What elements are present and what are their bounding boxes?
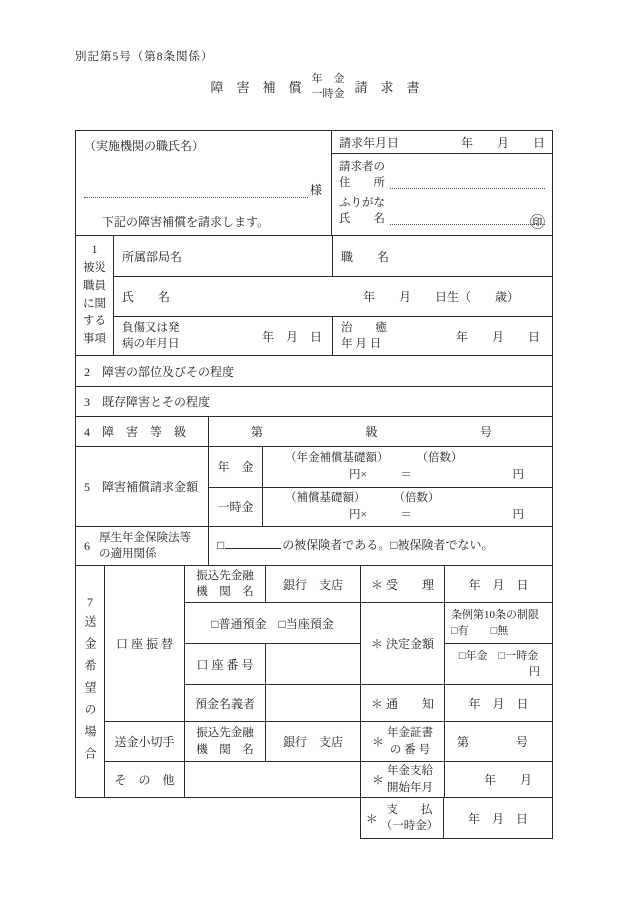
injury-date-value: 年 月 日 (262, 328, 322, 345)
bank-branch-value-1: 銀行 支店 (283, 576, 343, 593)
birth-date-value: 年 月 日生（ 歳） (363, 288, 519, 305)
section6-label-cell: 6 厚生年金保険法等の適用関係 (76, 527, 208, 565)
account-number-cell: 口 座 番 号 (184, 643, 265, 684)
healing-label-line2: 年 月 日 (341, 338, 381, 350)
healing-date-value: 年 月 日 (456, 328, 540, 345)
deposit-type-options: □普通預金 □当座預金 (211, 615, 334, 632)
pension-amount-row: 年 金 （年金補償基礎額） （倍数） 円× ＝ 円 (209, 447, 552, 487)
ordinance-limit-label: 条例第10条の制限 (451, 607, 539, 624)
section5-band: 5 障害補償請求金額 年 金 （年金補償基礎額） （倍数） 円× ＝ 円 (76, 446, 552, 526)
account-number-label: 口 座 番 号 (196, 656, 253, 673)
insured-text: の被保険者である。 (282, 538, 390, 552)
payment-lumpsum-label: 支 払（一時金） (381, 802, 439, 834)
name-birth-row: 氏 名 年 月 日生（ 歳） (114, 276, 552, 316)
section3-band: 3 既存障害とその程度 (76, 386, 552, 416)
bank-branch-value-2: 銀行 支店 (283, 733, 343, 750)
section1-label-l4: する (83, 313, 106, 331)
section6-label: 厚生年金保険法等の適用関係 (99, 530, 191, 562)
form-title-stack: 年 金 一時金 (312, 72, 345, 102)
recipient-line: 様 (84, 181, 322, 198)
lumpsum-amount-cell: （補償基礎額） （倍数） 円× ＝ 円 (262, 488, 552, 527)
payment-lumpsum-date-cell: 年 月 日 (444, 798, 552, 838)
section6-label-line1: 厚生年金保険法等 (99, 532, 191, 544)
recipient-dotted-line (84, 184, 308, 198)
account-holder-cell: 預金名義者 (184, 684, 265, 721)
bank-name-label-2: 振込先金融機 関 名 (196, 725, 254, 757)
notice-cell: ＊通 知 (360, 684, 444, 721)
lumpsum-base-label: （補償基礎額） (285, 490, 366, 507)
bank-label2-line2: 機 関 名 (196, 744, 254, 756)
job-title-label: 職 名 (341, 248, 389, 265)
payment-lumpsum-line1: 支 払 (387, 804, 433, 816)
notice-date-cell: 年 月 日 (444, 684, 552, 721)
not-insured-checkbox-text: □被保険者でない。 (390, 538, 493, 552)
pension-type-label: 年 金 (217, 458, 253, 475)
claim-date-row: 請求年月日 年 月 日 (332, 131, 552, 154)
amount-type-cell: □年金 □一時金円 (444, 643, 552, 684)
section5-label: 5 障害補償請求金額 (84, 478, 198, 495)
dept-name-cell: 所属部局名 (114, 236, 332, 276)
section3-label: 3 既存障害とその程度 (84, 393, 210, 410)
injury-label-line1: 負傷又は発 (122, 322, 180, 334)
section1-label-l1: 被災 (83, 260, 106, 278)
grade-kyu: 級 (365, 423, 377, 440)
pension-cert-line2: の 番 号 (390, 744, 430, 756)
pension-amount-labels: （年金補償基礎額） （倍数） (263, 450, 552, 467)
pension-base-label: （年金補償基礎額） (285, 450, 389, 467)
bank-name-cell-2: 振込先金融機 関 名 (184, 721, 265, 761)
pension-amount-cell: （年金補償基礎額） （倍数） 円× ＝ 円 (262, 447, 552, 487)
dept-name-label: 所属部局名 (122, 248, 182, 265)
healing-date-label: 治 癒年 月 日 (341, 320, 387, 352)
lumpsum-multiplier-label: （倍数） (394, 490, 440, 507)
section4-label-cell: 4 障 害 等 級 (76, 417, 208, 446)
payment-lumpsum-cell: ＊ 支 払（一時金） (361, 798, 444, 838)
payment-start-date-cell: 年 月 (444, 761, 552, 797)
section2-label: 2 障害の部位及びその程度 (84, 363, 234, 380)
notice-asterisk: ＊ (371, 695, 383, 712)
other-value-cell (184, 761, 360, 797)
insured-blank-line (225, 537, 281, 549)
injury-date-cell: 負傷又は発病の年月日 年 月 日 (114, 317, 332, 355)
remittance-check-label: 送金小切手 (114, 733, 174, 750)
pension-multiplier-label: （倍数） (417, 450, 463, 467)
decided-amount-label: 決定金額 (386, 635, 434, 652)
healing-date-cell: 治 癒年 月 日 年 月 日 (332, 317, 552, 355)
pension-cert-line1: 年金証書 (387, 727, 433, 739)
receipt-label: 受 理 (386, 576, 434, 593)
claim-date-value: 年 月 日 (461, 134, 545, 151)
seal-stamp: ㊞ (530, 211, 545, 232)
notice-label: 通 知 (386, 695, 434, 712)
section1-label-l2: 職員 (83, 278, 106, 296)
claimant-address-field: 請求者の住 所 (339, 159, 545, 191)
form-table: （実施機関の職氏名） 様 下記の障害補償を請求します。 請求年月日 年 月 日 … (75, 130, 553, 798)
section6-number: 6 (84, 539, 90, 554)
section6-label-line2: の適用関係 (99, 548, 157, 560)
section1-vertical-label: 1 被災 職員 に関 する 事項 (76, 236, 113, 355)
lumpsum-amount-row: 一時金 （補償基礎額） （倍数） 円× ＝ 円 (209, 487, 552, 527)
section5-label-cell: 5 障害補償請求金額 (76, 447, 208, 526)
bank-label1-line2: 機 関 名 (196, 586, 254, 598)
form-title: 障 害 補 償 年 金 一時金 請 求 書 (0, 72, 630, 102)
section6-content: □の被保険者である。□被保険者でない。 (208, 527, 552, 565)
receipt-cell: ＊受 理 (360, 566, 444, 602)
ordinance-limit-cell: 条例第10条の制限□有 □無 (444, 602, 552, 643)
account-transfer-label: 口 座 振 替 (116, 635, 173, 652)
section1-band: 1 被災 職員 に関 する 事項 所属部局名 職 名 氏 名 年 月 日生（ 歳… (76, 235, 552, 355)
form-title-pension: 年 金 (312, 72, 345, 87)
claimant-name-label: ふりがな氏 名 (339, 195, 385, 227)
header-right-cell: 請求年月日 年 月 日 請求者の住 所 ふりがな氏 名 ㊞ (331, 131, 552, 235)
payment-start-asterisk: ＊ (372, 771, 384, 788)
receipt-date-cell: 年 月 日 (444, 566, 552, 602)
section1-label-l3: に関 (83, 296, 106, 314)
decided-amount-asterisk: ＊ (371, 635, 383, 652)
lumpsum-equals: ＝ (367, 507, 445, 524)
bank-branch-cell-2: 銀行 支店 (265, 721, 360, 761)
section4-band: 4 障 害 等 級 第 級 号 (76, 416, 552, 446)
bank-name-cell-1: 振込先金融機 関 名 (184, 566, 265, 602)
pension-cert-cell: ＊年金証書の 番 号 (360, 721, 444, 761)
section7-vertical-label: 7 送金希望の場合 (76, 566, 104, 797)
section7-label: 送金希望の場合 (84, 615, 96, 769)
claim-date-label: 請求年月日 (339, 134, 399, 151)
payment-lumpsum-row: ＊ 支 払（一時金） 年 月 日 (360, 798, 553, 839)
address-dotted-line (390, 175, 545, 189)
bank-name-label-1: 振込先金融機 関 名 (196, 568, 254, 600)
header-band: （実施機関の職氏名） 様 下記の障害補償を請求します。 請求年月日 年 月 日 … (76, 131, 552, 235)
other-cell: そ の 他 (105, 761, 184, 797)
section4-label: 4 障 害 等 級 (84, 423, 186, 440)
form-title-lumpsum: 一時金 (312, 87, 345, 102)
dept-job-row: 所属部局名 職 名 (114, 236, 552, 276)
section1-label-l5: 事項 (83, 331, 106, 349)
pension-type-cell: 年 金 (209, 447, 262, 487)
payment-start-date-value: 年 月 (484, 771, 532, 788)
name-label: 氏 名 (339, 213, 385, 225)
name-dotted-line: ㊞ (390, 211, 545, 225)
claimant-label-line1: 請求者の (339, 161, 385, 173)
claimant-address-label: 請求者の住 所 (339, 159, 385, 191)
form-title-part1: 障 害 補 償 (210, 77, 301, 96)
payment-lumpsum-asterisk: ＊ (366, 810, 378, 827)
amount-type-options: □年金 □一時金 (445, 648, 552, 665)
pension-equals: ＝ (367, 467, 445, 484)
form-page: 別記第5号（第8条関係） 障 害 補 償 年 金 一時金 請 求 書 （実施機関… (0, 0, 630, 903)
account-holder-label: 預金名義者 (195, 695, 255, 712)
notice-date-value: 年 月 日 (468, 695, 528, 712)
doc-number: 別記第5号（第8条関係） (75, 48, 214, 64)
claimant-label-line2: 住 所 (339, 177, 385, 189)
section7-grid: 口 座 振 替 振込先金融機 関 名 銀行 支店 ＊受 理 年 月 日 □普通預… (104, 566, 552, 797)
other-label: そ の 他 (114, 771, 174, 788)
payment-start-line1: 年金支給 (387, 765, 433, 777)
cert-number-go: 号 (516, 733, 528, 750)
pension-cert-label: 年金証書の 番 号 (387, 725, 433, 757)
pension-yen: 円 (445, 467, 552, 484)
grade-go: 号 (480, 423, 492, 440)
receipt-date-value: 年 月 日 (468, 576, 528, 593)
cert-number-dai: 第 (457, 733, 469, 750)
grade-value-cell: 第 級 号 (208, 417, 552, 446)
lumpsum-type-cell: 一時金 (209, 488, 262, 527)
bank-label1-line1: 振込先金融 (196, 570, 254, 582)
decided-amount-cell: ＊決定金額 (360, 602, 444, 684)
claimant-name-field: ふりがな氏 名 ㊞ (339, 195, 545, 227)
lumpsum-amount-labels: （補償基礎額） （倍数） (263, 490, 552, 507)
ordinance-limit-options: □有 □無 (451, 623, 508, 640)
pension-yen-times: 円× (263, 467, 367, 484)
pension-cert-asterisk: ＊ (372, 733, 384, 750)
grade-dai: 第 (251, 423, 263, 440)
payment-start-cell: ＊年金支給開始年月 (360, 761, 444, 797)
employee-name-label: 氏 名 (122, 288, 170, 305)
lumpsum-type-label: 一時金 (217, 498, 253, 515)
healing-label-line1: 治 癒 (341, 322, 387, 334)
pension-amount-formula: 円× ＝ 円 (263, 467, 552, 484)
lumpsum-yen-times: 円× (263, 507, 367, 524)
account-number-value-cell (265, 643, 360, 684)
injury-label-line2: 病の年月日 (122, 338, 180, 350)
request-note: 下記の障害補償を請求します。 (102, 213, 269, 230)
section1-content: 所属部局名 職 名 氏 名 年 月 日生（ 歳） 負傷又は発病の年月日 年 月 … (113, 236, 552, 355)
section5-rows: 年 金 （年金補償基礎額） （倍数） 円× ＝ 円 一時 (208, 447, 552, 526)
injury-heal-row: 負傷又は発病の年月日 年 月 日 治 癒年 月 日 年 月 日 (114, 316, 552, 355)
payment-lumpsum-line2: （一時金） (381, 820, 439, 832)
claimant-block: 請求者の住 所 ふりがな氏 名 ㊞ (332, 154, 552, 235)
bank-branch-cell-1: 銀行 支店 (265, 566, 360, 602)
form-title-part2: 請 求 書 (355, 77, 420, 96)
furigana-label: ふりがな (339, 197, 385, 209)
header-left-cell: （実施機関の職氏名） 様 下記の障害補償を請求します。 (76, 131, 331, 235)
deposit-type-cell: □普通預金 □当座預金 (184, 602, 360, 643)
section7-band: 7 送金希望の場合 口 座 振 替 振込先金融機 関 名 銀行 支店 ＊受 理 … (76, 565, 552, 797)
remittance-check-cell: 送金小切手 (105, 721, 184, 761)
section6-band: 6 厚生年金保険法等の適用関係 □の被保険者である。□被保険者でない。 (76, 526, 552, 565)
receipt-asterisk: ＊ (371, 576, 383, 593)
job-title-cell: 職 名 (332, 236, 552, 276)
pension-cert-number-cell: 第号 (444, 721, 552, 761)
section7-number: 7 (87, 595, 93, 610)
account-transfer-cell: 口 座 振 替 (105, 566, 184, 721)
lumpsum-amount-formula: 円× ＝ 円 (263, 507, 552, 524)
agency-label: （実施機関の職氏名） (84, 137, 323, 154)
insured-checkbox: □ (217, 538, 224, 552)
section2-band: 2 障害の部位及びその程度 (76, 355, 552, 386)
payment-lumpsum-date-value: 年 月 日 (468, 810, 528, 827)
payment-start-line2: 開始年月 (387, 782, 433, 794)
payment-start-label: 年金支給開始年月 (387, 763, 433, 795)
amount-yen-label: 円 (445, 664, 552, 681)
section1-number: 1 (92, 242, 98, 260)
account-holder-value-cell (265, 684, 360, 721)
injury-date-label: 負傷又は発病の年月日 (122, 320, 180, 352)
sama-label: 様 (310, 181, 322, 198)
bank-label2-line1: 振込先金融 (196, 727, 254, 739)
lumpsum-yen: 円 (445, 507, 552, 524)
